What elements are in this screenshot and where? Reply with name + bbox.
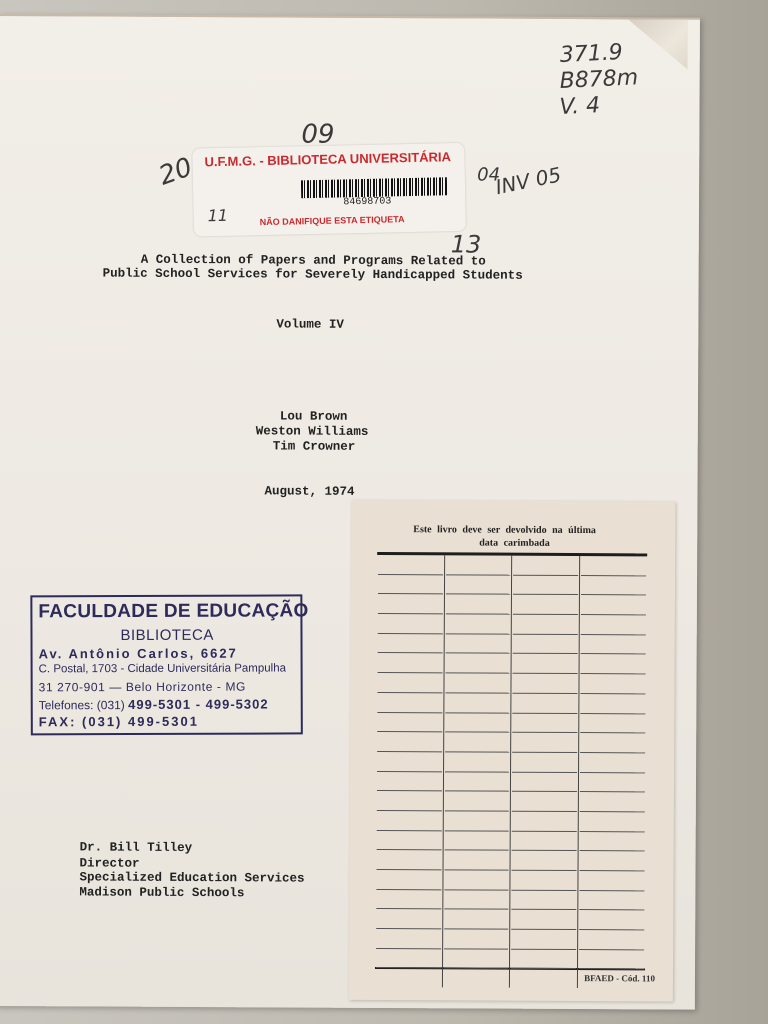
due-date-cell bbox=[579, 851, 645, 871]
due-date-cell bbox=[511, 949, 576, 969]
author-name: Tim Crowner bbox=[273, 439, 356, 453]
due-date-cell bbox=[444, 811, 509, 831]
due-date-cell bbox=[512, 733, 577, 753]
due-date-cell bbox=[445, 673, 510, 693]
due-date-cell bbox=[512, 831, 577, 851]
due-date-cell bbox=[376, 870, 441, 890]
barcode-number: 84698703 bbox=[343, 196, 391, 208]
due-date-cell bbox=[579, 950, 645, 970]
due-date-cell bbox=[443, 969, 508, 988]
due-date-cell bbox=[445, 614, 510, 634]
due-date-cell bbox=[511, 930, 576, 950]
stamp-street-address: Av. Antônio Carlos, 6627 bbox=[39, 646, 238, 662]
director-department: Specialized Education Services bbox=[79, 870, 304, 885]
stamp-phones: Telefones: (031) 499-5301 - 499-5302 bbox=[39, 697, 269, 713]
stamp-faculty-name: FACULDADE DE EDUCAÇÃO bbox=[38, 600, 308, 623]
due-date-cell bbox=[445, 634, 510, 654]
due-date-cell bbox=[512, 812, 577, 832]
due-date-cell bbox=[377, 693, 442, 713]
barcode-icon bbox=[301, 177, 447, 198]
stamp-phones-label: Telefones: (031) bbox=[39, 698, 125, 712]
due-date-column bbox=[442, 555, 512, 987]
due-date-cell bbox=[377, 752, 442, 772]
library-stamp: FACULDADE DE EDUCAÇÃO BIBLIOTECA Av. Ant… bbox=[30, 594, 302, 735]
due-date-cell bbox=[446, 555, 511, 575]
due-date-cell bbox=[444, 870, 509, 890]
due-date-cell bbox=[513, 595, 578, 615]
author-name: Weston Williams bbox=[256, 424, 369, 439]
due-date-cell bbox=[580, 733, 646, 753]
due-date-cell bbox=[378, 555, 443, 575]
stamp-city: 31 270-901 — Belo Horizonte - MG bbox=[39, 680, 246, 695]
call-number-cutter: B878m bbox=[559, 65, 639, 95]
due-date-cell bbox=[581, 556, 647, 576]
due-date-cell bbox=[444, 851, 509, 871]
due-date-cell bbox=[579, 812, 645, 832]
due-date-cell bbox=[579, 773, 645, 793]
due-date-cell bbox=[580, 635, 646, 655]
due-card-footer: BFAED - Cód. 110 bbox=[584, 973, 655, 983]
handwritten-note-11: 11 bbox=[207, 206, 228, 225]
due-date-cell bbox=[377, 850, 442, 870]
due-date-cell bbox=[444, 890, 509, 910]
call-number-class: 371.9 bbox=[559, 39, 639, 69]
due-date-column bbox=[375, 555, 445, 987]
handwritten-call-number: 371.9 B878m V. 4 bbox=[559, 41, 638, 119]
due-date-cell bbox=[513, 615, 578, 635]
due-date-cell bbox=[511, 910, 576, 930]
handwritten-note-20: 20 bbox=[155, 152, 196, 191]
due-date-cell bbox=[580, 714, 646, 734]
library-label-title: U.F.M.G. - BIBLIOTECA UNIVERSITÁRIA bbox=[204, 149, 451, 169]
library-barcode-label: U.F.M.G. - BIBLIOTECA UNIVERSITÁRIA 8469… bbox=[192, 143, 466, 237]
due-date-cell bbox=[580, 654, 646, 674]
due-card-heading-1: Este livro deve ser devolvido na última bbox=[413, 524, 596, 536]
due-date-cell bbox=[580, 595, 646, 615]
due-date-cell bbox=[511, 969, 576, 988]
due-date-cell bbox=[580, 674, 646, 694]
due-date-cell bbox=[444, 772, 509, 792]
due-date-column bbox=[510, 556, 580, 988]
due-date-cell bbox=[377, 811, 442, 831]
due-date-cell bbox=[445, 713, 510, 733]
due-date-cell bbox=[512, 792, 577, 812]
stamp-postal-box: C. Postal, 1703 - Cidade Universitária P… bbox=[39, 662, 286, 675]
due-date-cell bbox=[512, 674, 577, 694]
document-date: August, 1974 bbox=[264, 484, 354, 498]
due-date-cell bbox=[377, 831, 442, 851]
due-date-cell bbox=[378, 653, 443, 673]
due-date-cell bbox=[513, 634, 578, 654]
due-date-cell bbox=[513, 575, 578, 595]
due-date-cell bbox=[377, 772, 442, 792]
due-date-cell bbox=[579, 930, 645, 950]
due-date-cell bbox=[511, 890, 576, 910]
due-date-cell bbox=[512, 753, 577, 773]
due-date-cell bbox=[579, 832, 645, 852]
due-date-cell bbox=[512, 694, 577, 714]
handwritten-inventory-note: INV 05 bbox=[493, 162, 563, 199]
stamp-phones-numbers: 499-5301 - 499-5302 bbox=[128, 697, 268, 712]
due-date-cell bbox=[579, 792, 645, 812]
due-date-cell bbox=[579, 871, 645, 891]
due-date-cell bbox=[512, 851, 577, 871]
due-date-cell bbox=[376, 929, 441, 949]
director-name: Dr. Bill Tilley bbox=[80, 840, 193, 855]
due-date-cell bbox=[511, 871, 576, 891]
due-date-cell bbox=[376, 949, 441, 969]
stamp-library: BIBLIOTECA bbox=[120, 627, 213, 644]
due-date-cell bbox=[376, 890, 441, 910]
due-date-cell bbox=[376, 968, 441, 987]
due-date-cell bbox=[444, 910, 509, 930]
due-date-column bbox=[577, 556, 647, 988]
due-date-cell bbox=[378, 634, 443, 654]
due-date-card: Este livro deve ser devolvido na última … bbox=[349, 500, 676, 1002]
due-date-cell bbox=[580, 694, 646, 714]
due-date-cell bbox=[579, 891, 645, 911]
due-date-cell bbox=[378, 594, 443, 614]
due-date-cell bbox=[377, 791, 442, 811]
label-warning: NÃO DANIFIQUE ESTA ETIQUETA bbox=[260, 214, 405, 227]
due-date-cell bbox=[445, 575, 510, 595]
due-date-cell bbox=[445, 654, 510, 674]
document-title-line-2: Public School Services for Severely Hand… bbox=[103, 267, 523, 283]
due-date-cell bbox=[513, 556, 578, 576]
due-date-cell bbox=[445, 752, 510, 772]
due-date-cell bbox=[512, 772, 577, 792]
document-cover-page: 371.9 B878m V. 4 20 09 04 INV 05 13 U.F.… bbox=[0, 14, 700, 1010]
call-number-volume: V. 4 bbox=[559, 91, 639, 121]
due-date-cell bbox=[445, 693, 510, 713]
due-date-cell bbox=[444, 929, 509, 949]
due-date-cell bbox=[378, 575, 443, 595]
document-volume: Volume IV bbox=[276, 317, 344, 331]
due-card-heading-2: data carimbada bbox=[479, 538, 550, 549]
due-date-cell bbox=[377, 673, 442, 693]
due-date-cell bbox=[580, 753, 646, 773]
due-date-cell bbox=[444, 792, 509, 812]
due-date-cell bbox=[445, 595, 510, 615]
director-organization: Madison Public Schools bbox=[79, 885, 244, 900]
due-date-cell bbox=[580, 576, 646, 596]
due-date-cell bbox=[376, 909, 441, 929]
due-date-cell bbox=[444, 949, 509, 969]
due-date-cell bbox=[377, 732, 442, 752]
due-date-cell bbox=[444, 831, 509, 851]
due-date-cell bbox=[378, 614, 443, 634]
due-date-cell bbox=[377, 712, 442, 732]
due-date-grid bbox=[375, 552, 647, 970]
due-date-cell bbox=[580, 615, 646, 635]
due-date-cell bbox=[445, 733, 510, 753]
author-name: Lou Brown bbox=[280, 409, 348, 423]
due-date-cell bbox=[513, 654, 578, 674]
due-date-cell bbox=[512, 713, 577, 733]
stamp-fax: FAX: (031) 499-5301 bbox=[39, 714, 199, 730]
due-date-cell bbox=[579, 910, 645, 930]
director-title: Director bbox=[80, 856, 140, 870]
